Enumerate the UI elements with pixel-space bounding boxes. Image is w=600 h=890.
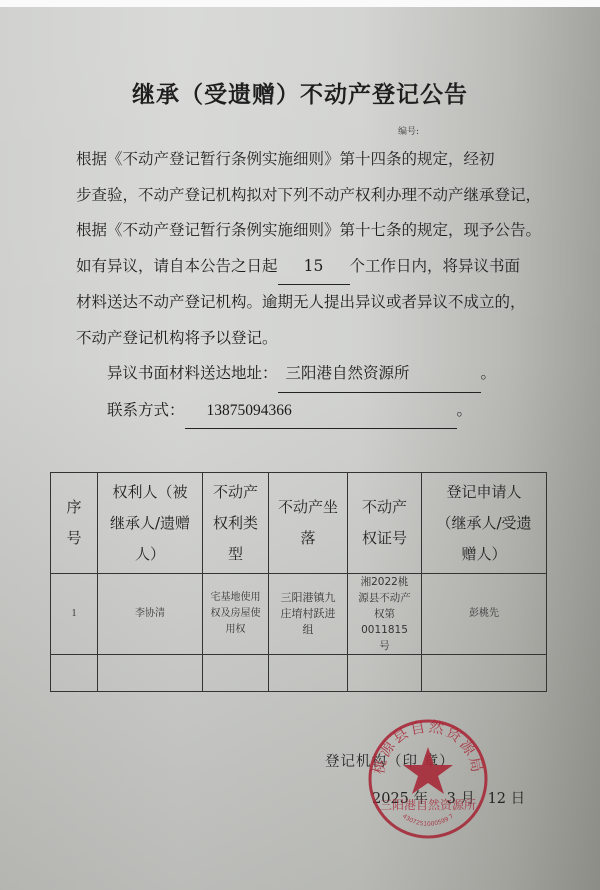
cell-serial-no	[51, 655, 98, 692]
cell-location	[269, 655, 348, 692]
body-line-1: 根据《不动产登记暂行条例实施细则》第十四条的规定，经初	[45, 142, 576, 178]
header-certificate-no: 不动产权证号	[348, 473, 422, 574]
header-right-type: 不动产权利类型	[203, 473, 269, 574]
contact-end: 。	[457, 401, 473, 419]
header-serial-no: 序号	[51, 473, 98, 574]
header-applicant: 登记申请人（继承人/受遗赠人）	[422, 473, 547, 574]
objection-prefix: 如有异议，请自本公告之日起	[76, 257, 278, 275]
date-day: 12	[488, 791, 506, 807]
notice-body: 根据《不动产登记暂行条例实施细则》第十四条的规定，经初 步查验，不动产登记机构拟…	[76, 142, 546, 429]
objection-days-field: 15	[278, 249, 350, 286]
body-line-5: 材料送达不动产登记机构。逾期无人提出异议或者异议不成立的，	[76, 285, 546, 321]
contact-line: 联系方式：13875094366。	[76, 393, 546, 430]
cell-right-holder: 李协清	[98, 574, 203, 655]
body-line-3: 根据《不动产登记暂行条例实施细则》第十七条的规定，现予公告。	[76, 213, 546, 249]
body-line-2: 步查验，不动产登记机构拟对下列不动产权利办理不动产继承登记，	[76, 178, 546, 214]
serial-number-label: 编号:	[398, 124, 419, 137]
cell-right-holder	[98, 655, 203, 692]
address-value: 三阳港自然资源所	[278, 356, 481, 393]
table-row	[51, 655, 547, 692]
table-header-row: 序号 权利人（被继承人/遗赠人） 不动产权利类型 不动产坐落 不动产权证号 登记…	[51, 473, 547, 574]
cell-location: 三阳港镇九庄堉村跃进组	[269, 574, 348, 655]
header-right-holder: 权利人（被继承人/遗赠人）	[98, 473, 203, 574]
objection-suffix: 个工作日内，将异议书面	[350, 257, 521, 275]
cell-applicant: 彭桃先	[422, 574, 547, 655]
address-label: 异议书面材料送达地址：	[107, 364, 278, 382]
contact-value: 13875094366	[185, 393, 457, 430]
address-end: 。	[481, 364, 497, 382]
cell-applicant	[422, 655, 547, 692]
seal-inner-text: 三阳港自然资源所	[380, 797, 476, 812]
seal-star-icon	[403, 747, 453, 794]
body-line-4: 如有异议，请自本公告之日起15个工作日内，将异议书面	[76, 249, 546, 286]
cell-right-type	[203, 655, 269, 692]
cell-right-type: 宅基地使用权及房屋使用权	[203, 574, 269, 655]
body-line-6: 不动产登记机构将予以登记。	[76, 321, 546, 357]
header-location: 不动产坐落	[269, 473, 348, 574]
official-seal-stamp: 桃源县自然资源局 三阳港自然资源所 4307251000599 7	[366, 717, 490, 841]
top-edge	[0, 0, 600, 7]
address-line: 异议书面材料送达地址：三阳港自然资源所。	[76, 356, 546, 393]
contact-label: 联系方式：	[107, 401, 185, 419]
document-page: 继承（受遗赠）不动产登记公告 编号: 根据《不动产登记暂行条例实施细则》第十四条…	[0, 7, 600, 890]
cell-certificate-no	[348, 655, 422, 692]
table-row: 1 李协清 宅基地使用权及房屋使用权 三阳港镇九庄堉村跃进组 湘2022桃源县不…	[51, 574, 547, 655]
date-day-unit: 日	[511, 787, 526, 808]
cell-certificate-no: 湘2022桃源县不动产权第0011815号	[348, 574, 422, 655]
registration-table: 序号 权利人（被继承人/遗赠人） 不动产权利类型 不动产坐落 不动产权证号 登记…	[50, 472, 547, 692]
seal-code: 4307251000599 7	[401, 813, 455, 828]
document-title: 继承（受遗赠）不动产登记公告	[0, 76, 600, 109]
svg-text:4307251000599 7: 4307251000599 7	[401, 813, 455, 828]
cell-serial-no: 1	[51, 574, 98, 655]
